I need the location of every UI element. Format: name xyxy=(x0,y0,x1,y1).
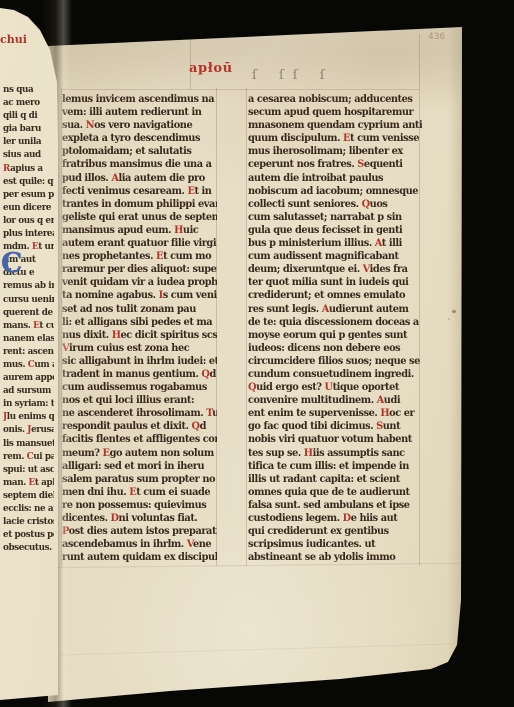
text-line: nanem elasti xyxy=(3,333,54,346)
text-line: Virum cuius est zona hec xyxy=(62,342,217,355)
text-line: moyse eorum qui p gentes sunt xyxy=(248,329,422,342)
text-line: man. Et aple xyxy=(3,477,54,490)
text-line: lemus invicem ascendimus na xyxy=(62,93,217,106)
text-line: dicentes. Dni voluntas fiat. xyxy=(62,512,217,525)
text-line: vem: illi autem redierunt in xyxy=(62,106,217,119)
text-line: convenire multitudinem. Audi xyxy=(248,394,422,407)
text-line: trantes in domum philippi evan xyxy=(62,198,217,211)
text-line: ler unila xyxy=(3,136,54,149)
text-line: qili q di xyxy=(3,110,54,123)
text-column-2: a cesarea nobiscum; adducentessecum apud… xyxy=(248,93,422,564)
text-line: set ad nos tulit zonam pau xyxy=(62,303,217,316)
text-line: ecclis: ne aute xyxy=(3,503,54,516)
text-line: men dni ihu. Et cum ei suade xyxy=(62,486,217,499)
text-line: geliste qui erat unus de septem; xyxy=(62,211,217,224)
ruling-line-col2-left xyxy=(246,88,247,566)
text-line: mans. Et cur xyxy=(3,320,54,333)
text-line: a cesarea nobiscum; adducentes xyxy=(248,93,422,106)
text-line: plus interea xyxy=(3,228,54,241)
text-line: nos et qui loci illius erant: xyxy=(62,394,217,407)
text-line: deum; dixeruntque ei. Vides fra xyxy=(248,263,422,276)
text-line: fecti venimus cesaream. Et in xyxy=(62,185,217,198)
text-line: ac mero xyxy=(3,97,54,110)
text-line: sius aud xyxy=(3,149,54,162)
text-line: querent de rub xyxy=(3,307,54,320)
text-line: Quid ergo est? Utique oportet xyxy=(248,381,422,394)
text-line: mansimus apud eum. Huic xyxy=(62,224,217,237)
text-line: go fac quod tibi dicimus. Sunt xyxy=(248,420,422,433)
photographed-manuscript: apłoū 436 ſ ſſ ſ lemus invicem ascendimu… xyxy=(0,0,514,707)
text-line: sua. Nos vero navigatione xyxy=(62,119,217,132)
text-line: ta nomine agabus. Is cum venis xyxy=(62,289,217,302)
text-line: meum? Ego autem non solum xyxy=(62,447,217,460)
text-line: mus. Cum ap xyxy=(3,359,54,372)
text-line: res sunt legis. Audierunt autem xyxy=(248,303,422,316)
text-line: tradent in manus gentium. Qd xyxy=(62,368,217,381)
text-line: re non possemus: quievimus xyxy=(62,499,217,512)
text-line: cum audissemus rogabamus xyxy=(62,381,217,394)
text-line: mus iherosolimam; libenter ex xyxy=(248,145,422,158)
fold-crease xyxy=(60,643,455,656)
text-line: per esum p xyxy=(3,189,54,202)
text-line: falsa sunt. sed ambulans et ipse xyxy=(248,499,422,512)
text-line: cum audissent magnificabant xyxy=(248,250,422,263)
text-line: custodiens legem. De hiis aut xyxy=(248,512,422,525)
text-line: scripsimus iudicantes. ut xyxy=(248,538,422,551)
text-line: respondit paulus et dixit. Qd xyxy=(62,420,217,433)
text-line: qui crediderunt ex gentibus xyxy=(248,525,422,538)
text-line: rent: ascendim xyxy=(3,346,54,359)
text-line: quum discipulum. Et cum venisse xyxy=(248,132,422,145)
text-line: onis. Jerusal xyxy=(3,424,54,437)
text-line: sic alligabunt in ihrlm iudei: et xyxy=(62,355,217,368)
text-line: mnasonem quendam cyprium anti xyxy=(248,119,422,132)
text-line: autem erant quatuor filie virgi xyxy=(62,237,217,250)
text-line: et postus peri xyxy=(3,529,54,542)
text-line: crediderunt; et omnes emulato xyxy=(248,289,422,302)
text-line: omnes quia que de te audierunt xyxy=(248,486,422,499)
text-line: cursu uenim xyxy=(3,294,54,307)
folio-number: 436 xyxy=(428,32,445,42)
text-line: cundum consuetudinem ingredi. xyxy=(248,368,422,381)
text-line: ptolomaidam; et salutatis xyxy=(62,145,217,158)
text-line: circumcidere filios suos; neque se xyxy=(248,355,422,368)
text-line: rem. Cui para xyxy=(3,451,54,464)
text-line: nes prophetantes. Et cum mo xyxy=(62,250,217,263)
text-line: Post dies autem istos preparati xyxy=(62,525,217,538)
text-line: in syriam: tra xyxy=(3,398,54,411)
text-line: nobiscum ad iacobum; omnesque xyxy=(248,185,422,198)
text-line: ad sursum na xyxy=(3,385,54,398)
text-line: raremur per dies aliquot: super xyxy=(62,263,217,276)
text-line: illis ut radant capita: et scient xyxy=(248,473,422,486)
text-line: salem paratus sum propter no xyxy=(62,473,217,486)
text-line: iudeos: dicens non debere eos xyxy=(248,342,422,355)
text-line: nobis viri quatuor votum habent xyxy=(248,433,422,446)
text-line: gula que deus fecisset in genti xyxy=(248,224,422,237)
text-line: cum salutasset; narrabat p sin xyxy=(248,211,422,224)
text-column-1: lemus invicem ascendimus navem: illi aut… xyxy=(62,93,217,564)
text-line: tifica te cum illis: et impende in xyxy=(248,460,422,473)
ascender-flourishes: ſ ſſ ſ xyxy=(252,68,334,83)
page-edge-shading xyxy=(448,27,464,667)
text-line: eun dicere xyxy=(3,202,54,215)
text-line: ne ascenderet ihrosolimam. Tuc xyxy=(62,407,217,420)
text-line: secum apud quem hospitaremur xyxy=(248,106,422,119)
text-line: spui: ut ascend xyxy=(3,464,54,477)
left-running-title-fragment: chui xyxy=(0,33,27,46)
running-title: apłoū xyxy=(189,61,233,76)
text-line: tes sup se. Hiis assumptis sanc xyxy=(248,447,422,460)
text-line: Rapius a xyxy=(3,163,54,176)
text-line: fratribus mansimus die una a xyxy=(62,158,217,171)
text-line: nus dixit. Hec dicit spiritus scs. xyxy=(62,329,217,342)
text-line: autem die introibat paulus xyxy=(248,172,422,185)
text-line: ascendebamus in ihrlm. Vene xyxy=(62,538,217,551)
text-line: ter quot milia sunt in iudeis qui xyxy=(248,276,422,289)
manuscript-recto-page: apłoū 436 ſ ſſ ſ lemus invicem ascendimu… xyxy=(0,0,514,707)
text-line: de te: quia discessionem doceas a xyxy=(248,316,422,329)
text-line: venit quidam vir a iudea prophe xyxy=(62,276,217,289)
text-line: runt autem quidam ex discipulis xyxy=(62,551,217,564)
text-line: bus p ministerium illius. At illi xyxy=(248,237,422,250)
text-line: aurem appo d xyxy=(3,372,54,385)
ruling-line-top xyxy=(62,89,419,90)
text-line: abstineant se ab ydolis immo xyxy=(248,551,422,564)
left-page-text-fragments: ns quaac meroqili q digia baruler unilas… xyxy=(3,84,54,560)
text-line: gia baru xyxy=(3,123,54,136)
text-line: ceperunt nos fratres. Sequenti xyxy=(248,158,422,171)
text-line: ent enim te supervenisse. Hoc er xyxy=(248,407,422,420)
text-line: Jlu enims q xyxy=(3,411,54,424)
text-line: li: et alligans sibi pedes et ma xyxy=(62,316,217,329)
text-line: facitis flentes et affligentes cor xyxy=(62,433,217,446)
text-line: remus ab ira xyxy=(3,280,54,293)
text-line: lacie cristos lo xyxy=(3,516,54,529)
text-line: alligari: sed et mori in iheru xyxy=(62,460,217,473)
text-line: obsecutus. Et u xyxy=(3,542,54,555)
text-line: lor ous q er xyxy=(3,215,54,228)
text-line: septem diebus xyxy=(3,490,54,503)
text-line: collecti sunt seniores. Quos xyxy=(248,198,422,211)
text-line: lis mansuetu xyxy=(3,438,54,451)
text-line: est quile: q xyxy=(3,176,54,189)
illuminated-initial: C xyxy=(1,251,23,277)
text-line: pud illos. Alia autem die pro xyxy=(62,172,217,185)
text-line: expleta a tyro descendimus xyxy=(62,132,217,145)
text-line: ns qua xyxy=(3,84,54,97)
